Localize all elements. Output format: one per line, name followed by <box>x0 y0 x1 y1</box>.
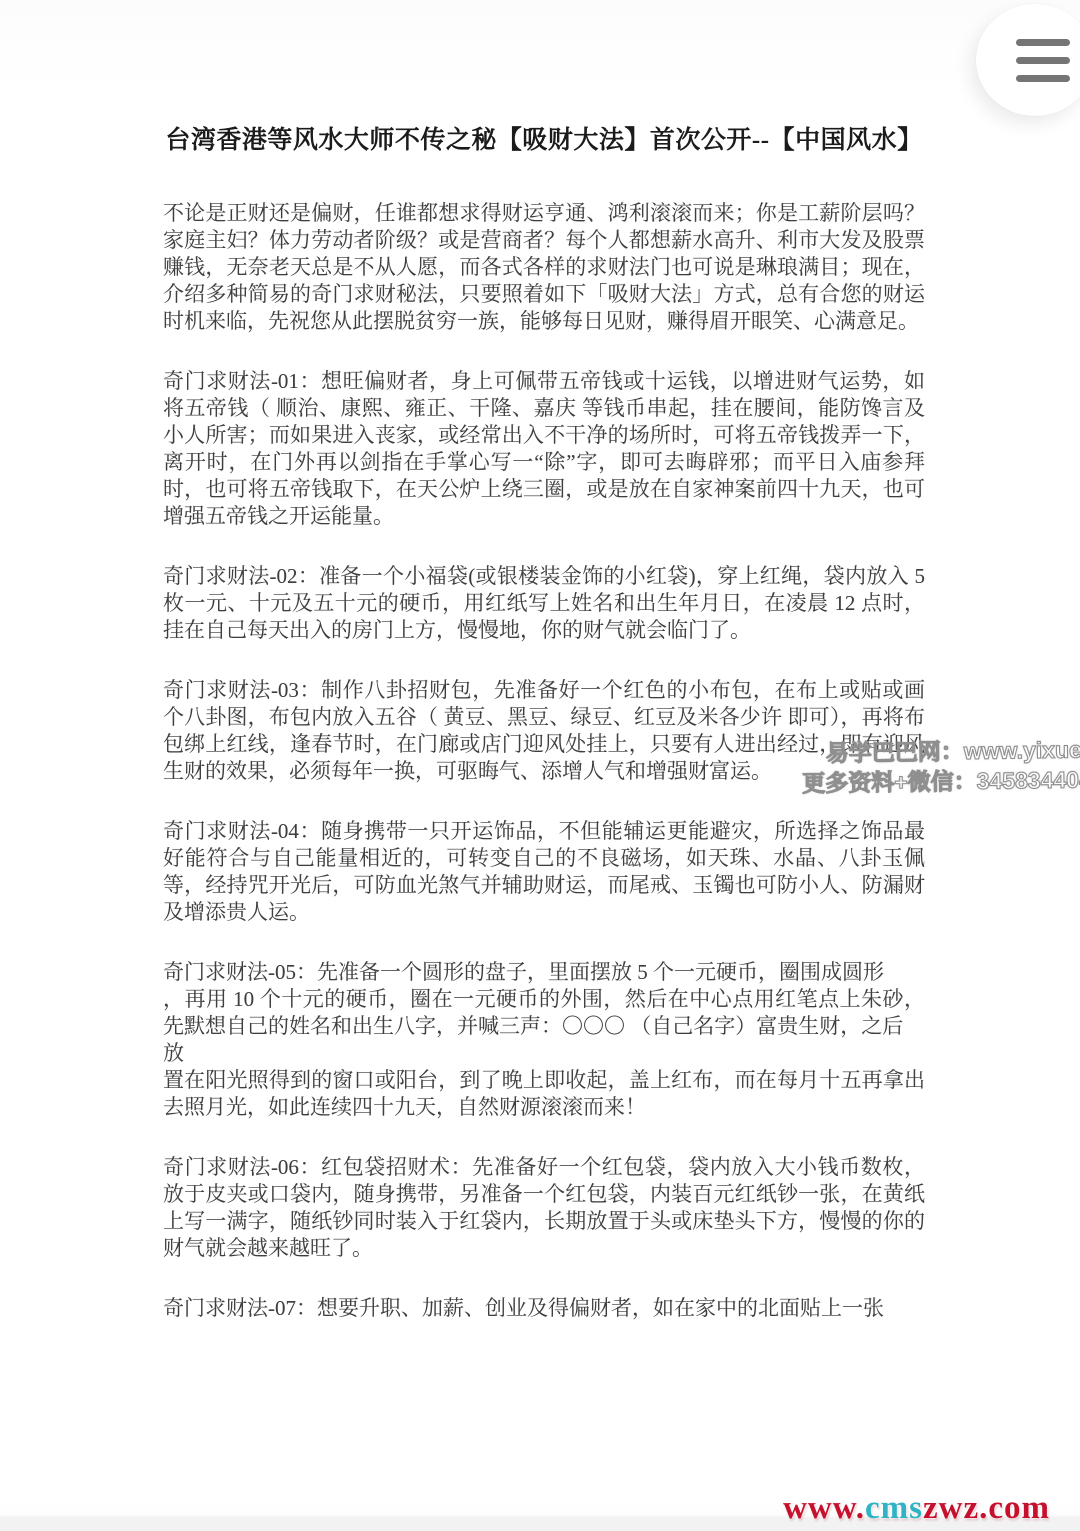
intro-paragraph: 不论是正财还是偏财，任谁都想求得财运亨通、鸿利滚滚而来；你是工薪阶层吗？家庭主妇… <box>163 200 925 335</box>
method-05-paragraph: 奇门求财法-05：先准备一个圆形的盘子，里面摆放 5 个一元硬币，圈围成圆形 ，… <box>163 959 925 1121</box>
footer-url-highlight: cms <box>865 1490 923 1526</box>
menu-button[interactable] <box>976 4 1080 116</box>
hamburger-menu-icon <box>1016 39 1070 82</box>
method-07-paragraph: 奇门求财法-07：想要升职、加薪、创业及得偏财者，如在家中的北面贴上一张 <box>163 1295 925 1322</box>
document-page: 台湾香港等风水大师不传之秘【吸财大法】首次公开--【中国风水】 不论是正财还是偏… <box>0 0 1080 1531</box>
method-01-paragraph: 奇门求财法-01：想旺偏财者，身上可佩带五帝钱或十运钱，以增进财气运势，如将五帝… <box>163 368 925 530</box>
footer-site-url: www.cmszwz.com <box>783 1490 1050 1527</box>
document-body: 台湾香港等风水大师不传之秘【吸财大法】首次公开--【中国风水】 不论是正财还是偏… <box>163 120 925 1355</box>
method-03-paragraph: 奇门求财法-03：制作八卦招财包，先准备好一个红色的小布包，在布上或贴或画个八卦… <box>163 677 925 785</box>
footer-url-prefix: www. <box>783 1490 865 1526</box>
method-04-paragraph: 奇门求财法-04：随身携带一只开运饰品，不但能辅运更能避灾，所选择之饰品最好能符… <box>163 818 925 926</box>
method-06-paragraph: 奇门求财法-06：红包袋招财术：先准备好一个红包袋，袋内放入大小钱币数枚，放于皮… <box>163 1154 925 1262</box>
page-title: 台湾香港等风水大师不传之秘【吸财大法】首次公开--【中国风水】 <box>163 120 925 156</box>
method-02-paragraph: 奇门求财法-02：准备一个小福袋(或银楼装金饰的小红袋)，穿上红绳，袋内放入 5… <box>163 563 925 644</box>
footer-url-suffix: zwz.com <box>923 1490 1050 1526</box>
